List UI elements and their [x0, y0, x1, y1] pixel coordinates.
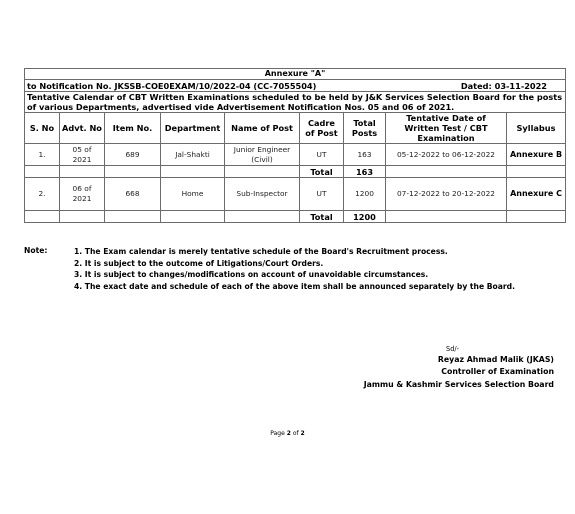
cell-cadre: UT	[300, 144, 344, 166]
total-value: 1200	[344, 211, 386, 223]
document-page: Annexure "A" to Notification No. JKSSB-C…	[0, 0, 575, 514]
total-label: Total	[300, 166, 344, 178]
col-header-syllabus: Syllabus	[507, 113, 566, 144]
cell-advt: 06 of 2021	[60, 178, 105, 211]
cell-department: Jal-Shakti	[161, 144, 225, 166]
col-header-exam-date: Tentative Date of Written Test / CBT Exa…	[386, 113, 507, 144]
page-total: 2	[301, 430, 305, 437]
col-header-total-posts: Total Posts	[344, 113, 386, 144]
cell-advt: 05 of 2021	[60, 144, 105, 166]
cell-syllabus: Annexure C	[507, 178, 566, 211]
cell-total-posts: 163	[344, 144, 386, 166]
note-item: 4. The exact date and schedule of each o…	[74, 281, 554, 293]
cell-exam-date: 07-12-2022 to 20-12-2022	[386, 178, 507, 211]
signatory-organization: Jammu & Kashmir Services Selection Board	[364, 379, 554, 391]
cell-syllabus: Annexure B	[507, 144, 566, 166]
page-mid: of	[291, 430, 301, 437]
exam-calendar-table: Annexure "A" to Notification No. JKSSB-C…	[24, 68, 566, 223]
notification-ref: to Notification No. JKSSB-COE0EXAM/10/20…	[27, 81, 316, 91]
table-total-row: Total 163	[25, 166, 566, 178]
signature-block: Sd/- Reyaz Ahmad Malik (JKAS) Controller…	[364, 344, 554, 391]
calendar-description: Tentative Calendar of CBT Written Examin…	[25, 92, 566, 113]
col-header-post: Name of Post	[225, 113, 300, 144]
table-total-row: Total 1200	[25, 211, 566, 223]
signature-sd: Sd/-	[364, 344, 554, 354]
cell-exam-date: 05-12-2022 to 06-12-2022	[386, 144, 507, 166]
note-item: 3. It is subject to changes/modification…	[74, 269, 554, 281]
notification-ref-row: to Notification No. JKSSB-COE0EXAM/10/20…	[25, 80, 566, 92]
page-footer: Page 2 of 2	[0, 430, 575, 437]
cell-department: Home	[161, 178, 225, 211]
page-prefix: Page	[270, 430, 286, 437]
cell-total-posts: 1200	[344, 178, 386, 211]
notification-date: Dated: 03-11-2022	[461, 81, 547, 91]
signatory-name: Reyaz Ahmad Malik (JKAS)	[364, 354, 554, 366]
total-value: 163	[344, 166, 386, 178]
col-header-cadre: Cadre of Post	[300, 113, 344, 144]
cell-sno: 1.	[25, 144, 60, 166]
annexure-title: Annexure "A"	[25, 69, 566, 80]
table-row: 2. 06 of 2021 668 Home Sub-Inspector UT …	[25, 178, 566, 211]
cell-item: 668	[105, 178, 161, 211]
table-header-row: S. No Advt. No Item No. Department Name …	[25, 113, 566, 144]
cell-sno: 2.	[25, 178, 60, 211]
notes-list: 1. The Exam calendar is merely tentative…	[74, 246, 554, 292]
note-item: 2. It is subject to the outcome of Litig…	[74, 258, 554, 270]
cell-item: 689	[105, 144, 161, 166]
table-row: 1. 05 of 2021 689 Jal-Shakti Junior Engi…	[25, 144, 566, 166]
note-item: 1. The Exam calendar is merely tentative…	[74, 246, 554, 258]
cell-post: Sub-Inspector	[225, 178, 300, 211]
cell-post: Junior Engineer (Civil)	[225, 144, 300, 166]
col-header-sno: S. No	[25, 113, 60, 144]
total-label: Total	[300, 211, 344, 223]
cell-cadre: UT	[300, 178, 344, 211]
col-header-advt: Advt. No	[60, 113, 105, 144]
col-header-item: Item No.	[105, 113, 161, 144]
signatory-designation: Controller of Examination	[364, 366, 554, 378]
col-header-department: Department	[161, 113, 225, 144]
notes-label: Note:	[24, 246, 47, 255]
